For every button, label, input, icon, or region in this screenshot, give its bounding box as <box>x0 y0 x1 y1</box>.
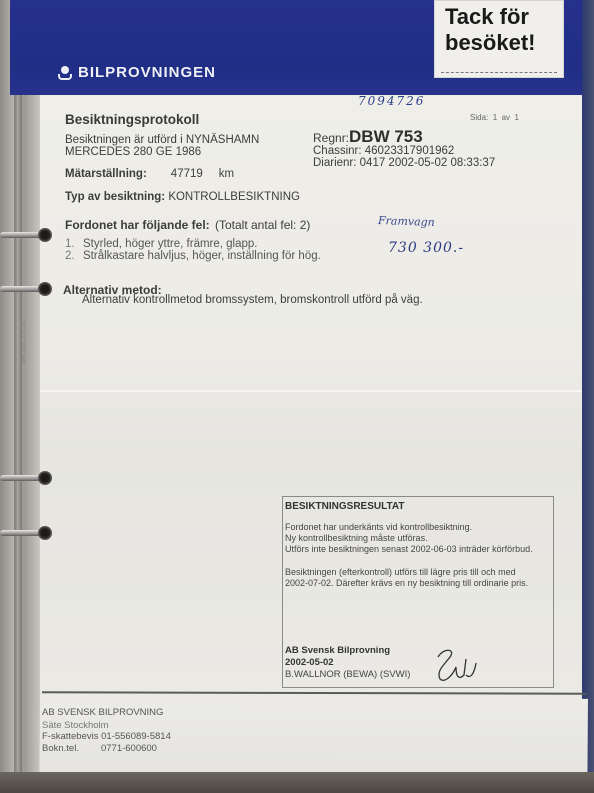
handwritten-number: 7094726 <box>358 94 425 108</box>
result-company: AB Svensk Bilprovning <box>285 645 390 656</box>
fault-item: 2.Strålkastare halvljus, höger, inställn… <box>65 250 321 262</box>
result-line: Besiktningen (efterkontroll) utförs till… <box>285 567 516 577</box>
faults-heading: Fordonet har följande fel: <box>65 218 210 232</box>
binder-ring <box>0 473 52 483</box>
binder-ring <box>0 284 52 294</box>
document-title: Besiktningsprotokoll <box>65 112 199 127</box>
handwritten-note: Framvagn <box>378 214 435 229</box>
faults-total: (Totalt antal fel: 2) <box>215 218 310 232</box>
paper-fold <box>40 390 582 392</box>
signature-icon <box>430 645 480 685</box>
alternative-method-text: Alternativ kontrollmetod bromssystem, br… <box>82 294 423 306</box>
brand-logo: BILPROVNINGEN <box>58 64 216 81</box>
result-line: Fordonet har underkänts vid kontrollbesi… <box>285 522 472 532</box>
result-date: 2002-05-02 <box>285 657 334 668</box>
odometer-reading: Mätarställning:47719km <box>65 168 234 180</box>
result-title: BESIKTNINGSRESULTAT <box>285 501 404 512</box>
inspection-type: Typ av besiktning: KONTROLLBESIKTNING <box>65 191 300 203</box>
result-line: Utförs inte besiktningen senast 2002-06-… <box>285 544 533 554</box>
vehicle-model: MERCEDES 280 GE 1986 <box>65 146 201 158</box>
chassis-number: Chassinr: 46023317901962 <box>313 145 454 157</box>
footer-tax-cert: F-skattebevis 01-556089-5814 <box>42 731 171 742</box>
fault-item: 1.Styrled, höger yttre, främre, glapp. <box>65 238 258 250</box>
signature-line <box>441 72 557 73</box>
margin-form-code: ABB 1001 A 01.06 <box>22 320 28 365</box>
desk-background <box>0 772 594 793</box>
handwritten-amount: 730 300.- <box>388 240 464 256</box>
thanks-line-1: Tack för <box>445 4 535 30</box>
brand-name: BILPROVNINGEN <box>78 64 216 81</box>
footer-company: AB SVENSK BILPROVNING <box>42 707 163 718</box>
registration-number: Regnr:DBW 753 <box>313 127 423 147</box>
binder-ring <box>0 528 52 538</box>
diary-number: Diarienr: 0417 2002-05-02 08:33:37 <box>313 157 495 169</box>
thanks-line-2: besöket! <box>445 30 535 56</box>
result-line: 2002-07-02. Därefter krävs en ny besiktn… <box>285 578 528 588</box>
result-line: Ny kontrollbesiktning måste utföras. <box>285 533 428 543</box>
folder-edge <box>582 0 594 793</box>
inspection-location: Besiktningen är utförd i NYNÄSHAMN <box>65 134 259 146</box>
binder-spine <box>14 0 22 793</box>
thanks-card: Tack för besöket! <box>434 0 564 78</box>
binder-ring <box>0 230 52 240</box>
person-logo-icon <box>58 66 72 80</box>
result-inspector: B.WALLNOR (BEWA) (SVWI) <box>285 669 410 680</box>
footer-booking-phone: Bokn.tel.0771-600600 <box>42 743 157 754</box>
page-indicator: Sida: 1 av 1 <box>470 113 519 122</box>
footer-seat: Säte Stockholm <box>42 720 109 731</box>
